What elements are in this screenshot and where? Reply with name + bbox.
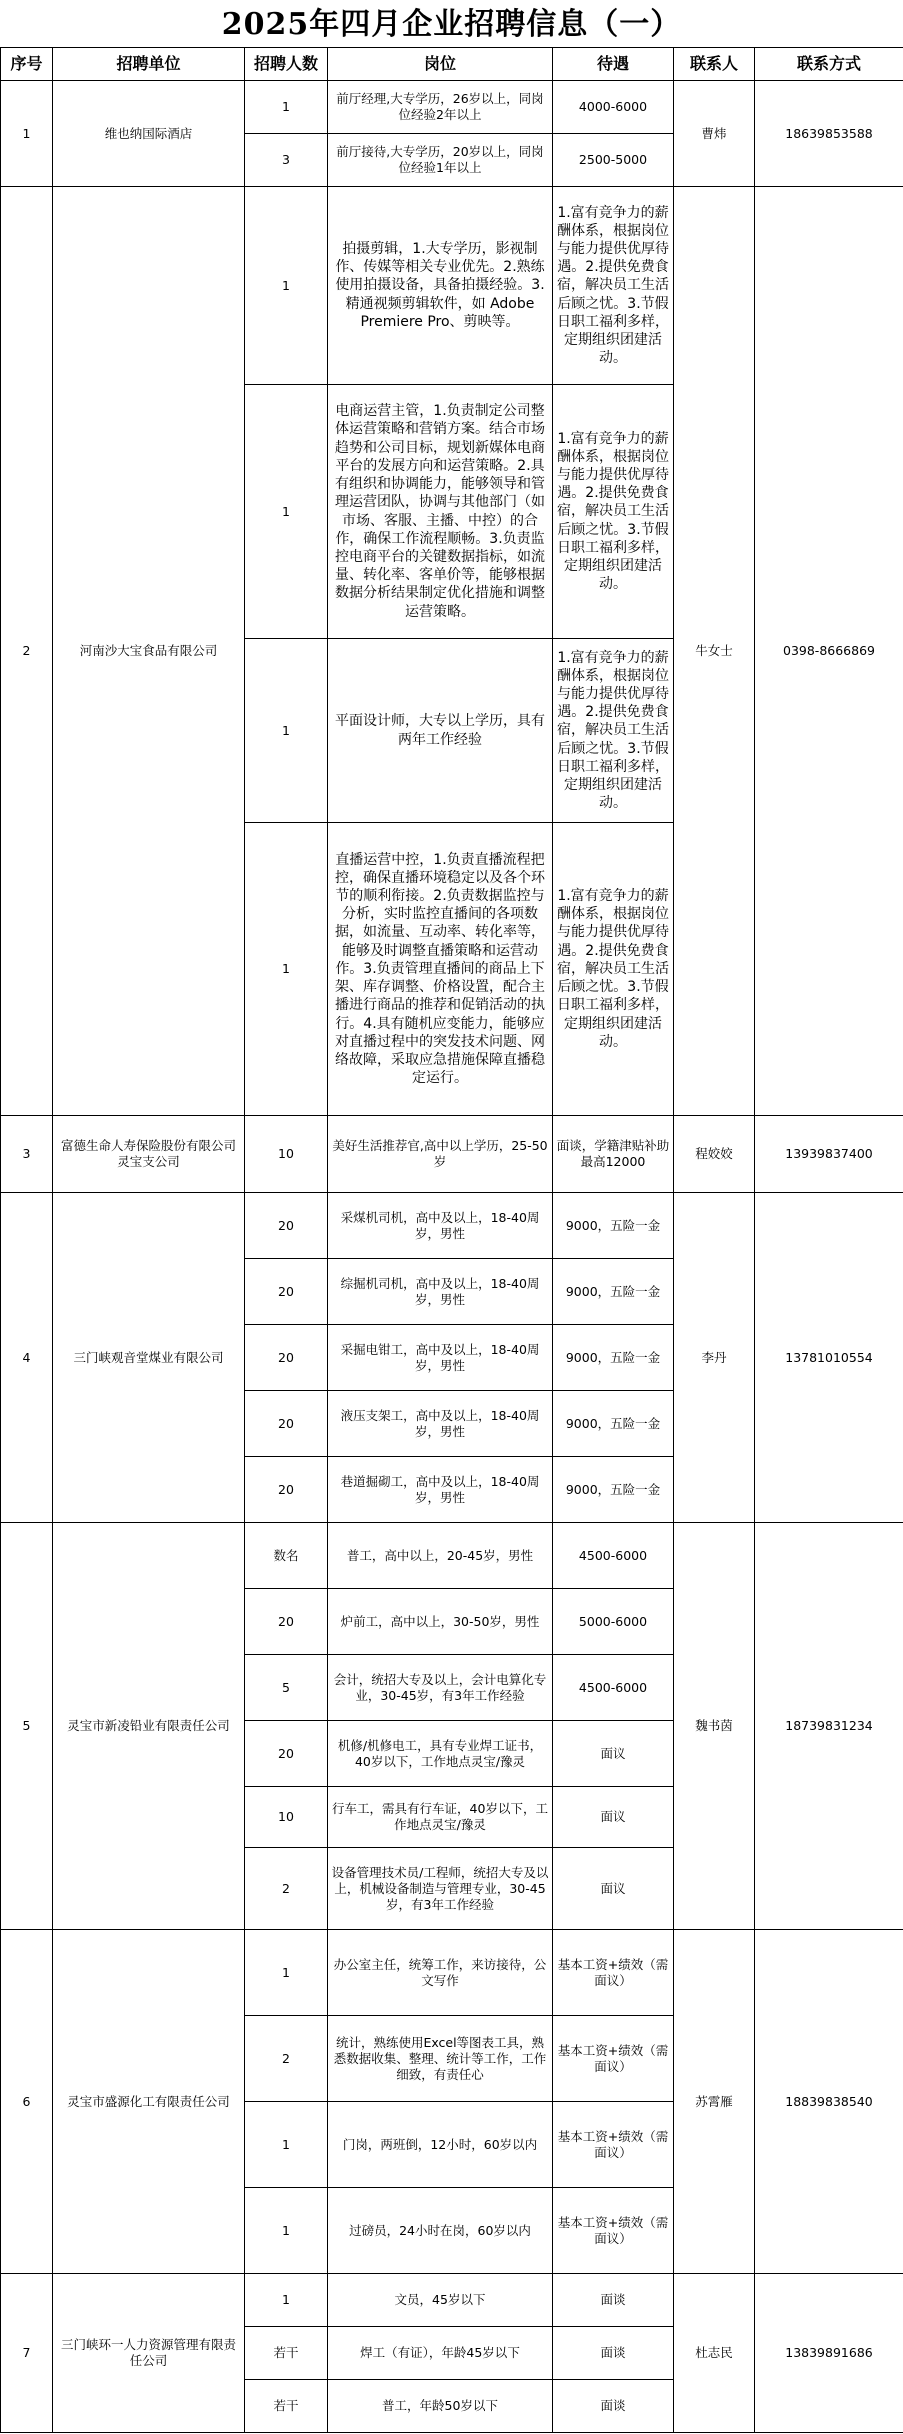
- seq-cell: 7: [1, 2274, 53, 2433]
- salary-cell: 1.富有竞争力的薪酬体系，根据岗位与能力提供优厚待遇。2.提供免费食宿，解决员工…: [553, 823, 674, 1116]
- count-cell: 1: [245, 385, 328, 639]
- count-cell: 1: [245, 639, 328, 823]
- salary-cell: 5000-6000: [553, 1589, 674, 1655]
- count-cell: 20: [245, 1193, 328, 1259]
- seq-cell: 6: [1, 1930, 53, 2274]
- header-contact-info: 联系方式: [755, 48, 903, 81]
- table-row: 6 灵宝市盛源化工有限责任公司 1 办公室主任，统筹工作，来访接待，公文写作 基…: [1, 1930, 903, 2016]
- phone-cell: 18839838540: [755, 1930, 903, 2274]
- count-cell: 20: [245, 1391, 328, 1457]
- count-cell: 10: [245, 1787, 328, 1848]
- table-row: 4 三门峡观音堂煤业有限公司 20 采煤机司机，高中及以上，18-40周岁，男性…: [1, 1193, 903, 1259]
- table-row: 2 河南沙大宝食品有限公司 1 拍摄剪辑，1.大专学历，影视制作、传媒等相关专业…: [1, 187, 903, 385]
- count-cell: 1: [245, 823, 328, 1116]
- phone-cell: 13939837400: [755, 1116, 903, 1193]
- salary-cell: 面议: [553, 1787, 674, 1848]
- header-row: 序号 招聘单位 招聘人数 岗位 待遇 联系人 联系方式: [1, 48, 903, 81]
- contact-person-cell: 曹炜: [674, 81, 755, 187]
- seq-cell: 5: [1, 1523, 53, 1930]
- position-cell: 普工，年龄50岁以下: [328, 2380, 553, 2433]
- header-contact-person: 联系人: [674, 48, 755, 81]
- position-cell: 液压支架工，高中及以上，18-40周岁，男性: [328, 1391, 553, 1457]
- table-row: 5 灵宝市新凌铅业有限责任公司 数名 普工，高中以上，20-45岁，男性 450…: [1, 1523, 903, 1589]
- salary-cell: 9000，五险一金: [553, 1193, 674, 1259]
- count-cell: 1: [245, 2188, 328, 2274]
- position-cell: 文员，45岁以下: [328, 2274, 553, 2327]
- salary-cell: 1.富有竞争力的薪酬体系，根据岗位与能力提供优厚待遇。2.提供免费食宿，解决员工…: [553, 187, 674, 385]
- count-cell: 1: [245, 2102, 328, 2188]
- salary-cell: 1.富有竞争力的薪酬体系，根据岗位与能力提供优厚待遇。2.提供免费食宿，解决员工…: [553, 639, 674, 823]
- company-cell: 维也纳国际酒店: [53, 81, 245, 187]
- position-cell: 前厅接待,大专学历，20岁以上，同岗位经验1年以上: [328, 134, 553, 187]
- phone-cell: 13781010554: [755, 1193, 903, 1523]
- salary-cell: 面议: [553, 1848, 674, 1930]
- table-row: 7 三门峡环一人力资源管理有限责任公司 1 文员，45岁以下 面谈 杜志民 13…: [1, 2274, 903, 2327]
- salary-cell: 面谈: [553, 2327, 674, 2380]
- salary-cell: 基本工资+绩效（需面议）: [553, 2016, 674, 2102]
- count-cell: 5: [245, 1655, 328, 1721]
- company-cell: 富德生命人寿保险股份有限公司灵宝支公司: [53, 1116, 245, 1193]
- contact-person-cell: 李丹: [674, 1193, 755, 1523]
- position-cell: 采掘电钳工，高中及以上，18-40周岁，男性: [328, 1325, 553, 1391]
- count-cell: 10: [245, 1116, 328, 1193]
- position-cell: 直播运营中控，1.负责直播流程把控，确保直播环境稳定以及各个环节的顺利衔接。2.…: [328, 823, 553, 1116]
- salary-cell: 面谈: [553, 2380, 674, 2433]
- position-cell: 设备管理技术员/工程师，统招大专及以上，机械设备制造与管理专业，30-45岁，有…: [328, 1848, 553, 1930]
- count-cell: 20: [245, 1589, 328, 1655]
- position-cell: 炉前工，高中以上，30-50岁，男性: [328, 1589, 553, 1655]
- salary-cell: 9000，五险一金: [553, 1259, 674, 1325]
- count-cell: 20: [245, 1721, 328, 1787]
- phone-cell: 18639853588: [755, 81, 903, 187]
- seq-cell: 4: [1, 1193, 53, 1523]
- company-cell: 河南沙大宝食品有限公司: [53, 187, 245, 1116]
- phone-cell: 18739831234: [755, 1523, 903, 1930]
- salary-cell: 4500-6000: [553, 1655, 674, 1721]
- salary-cell: 1.富有竞争力的薪酬体系，根据岗位与能力提供优厚待遇。2.提供免费食宿，解决员工…: [553, 385, 674, 639]
- position-cell: 电商运营主管，1.负责制定公司整体运营策略和营销方案。结合市场趋势和公司目标，规…: [328, 385, 553, 639]
- salary-cell: 面议: [553, 1721, 674, 1787]
- count-cell: 1: [245, 1930, 328, 2016]
- position-cell: 过磅员，24小时在岗，60岁以内: [328, 2188, 553, 2274]
- seq-cell: 2: [1, 187, 53, 1116]
- salary-cell: 基本工资+绩效（需面议）: [553, 2102, 674, 2188]
- contact-person-cell: 杜志民: [674, 2274, 755, 2433]
- count-cell: 1: [245, 2274, 328, 2327]
- contact-person-cell: 魏书茵: [674, 1523, 755, 1930]
- count-cell: 20: [245, 1259, 328, 1325]
- salary-cell: 9000，五险一金: [553, 1391, 674, 1457]
- table-row: 1 维也纳国际酒店 1 前厅经理,大专学历，26岁以上，同岗位经验2年以上 40…: [1, 81, 903, 134]
- salary-cell: 基本工资+绩效（需面议）: [553, 1930, 674, 2016]
- position-cell: 前厅经理,大专学历，26岁以上，同岗位经验2年以上: [328, 81, 553, 134]
- count-cell: 20: [245, 1457, 328, 1523]
- page-title: 2025年四月企业招聘信息（一）: [0, 0, 903, 47]
- contact-person-cell: 牛女士: [674, 187, 755, 1116]
- position-cell: 美好生活推荐官,高中以上学历，25-50岁: [328, 1116, 553, 1193]
- position-cell: 机修/机修电工，具有专业焊工证书，40岁以下，工作地点灵宝/豫灵: [328, 1721, 553, 1787]
- header-position: 岗位: [328, 48, 553, 81]
- position-cell: 平面设计师，大专以上学历，具有两年工作经验: [328, 639, 553, 823]
- count-cell: 若干: [245, 2380, 328, 2433]
- contact-person-cell: 程姣姣: [674, 1116, 755, 1193]
- count-cell: 2: [245, 1848, 328, 1930]
- position-cell: 门岗，两班倒，12小时，60岁以内: [328, 2102, 553, 2188]
- company-cell: 灵宝市盛源化工有限责任公司: [53, 1930, 245, 2274]
- position-cell: 综掘机司机，高中及以上，18-40周岁，男性: [328, 1259, 553, 1325]
- salary-cell: 面谈，学籍津贴补助最高12000: [553, 1116, 674, 1193]
- company-cell: 三门峡环一人力资源管理有限责任公司: [53, 2274, 245, 2433]
- count-cell: 1: [245, 81, 328, 134]
- contact-person-cell: 苏霄雁: [674, 1930, 755, 2274]
- salary-cell: 9000，五险一金: [553, 1457, 674, 1523]
- salary-cell: 4500-6000: [553, 1523, 674, 1589]
- seq-cell: 3: [1, 1116, 53, 1193]
- phone-cell: 13839891686: [755, 2274, 903, 2433]
- count-cell: 2: [245, 2016, 328, 2102]
- company-cell: 三门峡观音堂煤业有限公司: [53, 1193, 245, 1523]
- seq-cell: 1: [1, 81, 53, 187]
- salary-cell: 9000，五险一金: [553, 1325, 674, 1391]
- header-salary: 待遇: [553, 48, 674, 81]
- count-cell: 3: [245, 134, 328, 187]
- position-cell: 焊工（有证），年龄45岁以下: [328, 2327, 553, 2380]
- position-cell: 巷道掘砌工，高中及以上，18-40周岁，男性: [328, 1457, 553, 1523]
- company-cell: 灵宝市新凌铅业有限责任公司: [53, 1523, 245, 1930]
- header-count: 招聘人数: [245, 48, 328, 81]
- position-cell: 会计，统招大专及以上，会计电算化专业，30-45岁，有3年工作经验: [328, 1655, 553, 1721]
- table-row: 3 富德生命人寿保险股份有限公司灵宝支公司 10 美好生活推荐官,高中以上学历，…: [1, 1116, 903, 1193]
- phone-cell: 0398-8666869: [755, 187, 903, 1116]
- position-cell: 办公室主任，统筹工作，来访接待，公文写作: [328, 1930, 553, 2016]
- salary-cell: 2500-5000: [553, 134, 674, 187]
- count-cell: 若干: [245, 2327, 328, 2380]
- salary-cell: 面谈: [553, 2274, 674, 2327]
- recruitment-table: 序号 招聘单位 招聘人数 岗位 待遇 联系人 联系方式 1 维也纳国际酒店 1 …: [0, 47, 903, 2433]
- count-cell: 数名: [245, 1523, 328, 1589]
- count-cell: 1: [245, 187, 328, 385]
- salary-cell: 基本工资+绩效（需面议）: [553, 2188, 674, 2274]
- position-cell: 拍摄剪辑，1.大专学历，影视制作、传媒等相关专业优先。2.熟练使用拍摄设备，具备…: [328, 187, 553, 385]
- salary-cell: 4000-6000: [553, 81, 674, 134]
- position-cell: 行车工，需具有行车证，40岁以下，工作地点灵宝/豫灵: [328, 1787, 553, 1848]
- count-cell: 20: [245, 1325, 328, 1391]
- position-cell: 普工，高中以上，20-45岁，男性: [328, 1523, 553, 1589]
- header-seq: 序号: [1, 48, 53, 81]
- header-company: 招聘单位: [53, 48, 245, 81]
- position-cell: 统计，熟练使用Excel等图表工具，熟悉数据收集、整理、统计等工作，工作细致，有…: [328, 2016, 553, 2102]
- position-cell: 采煤机司机，高中及以上，18-40周岁，男性: [328, 1193, 553, 1259]
